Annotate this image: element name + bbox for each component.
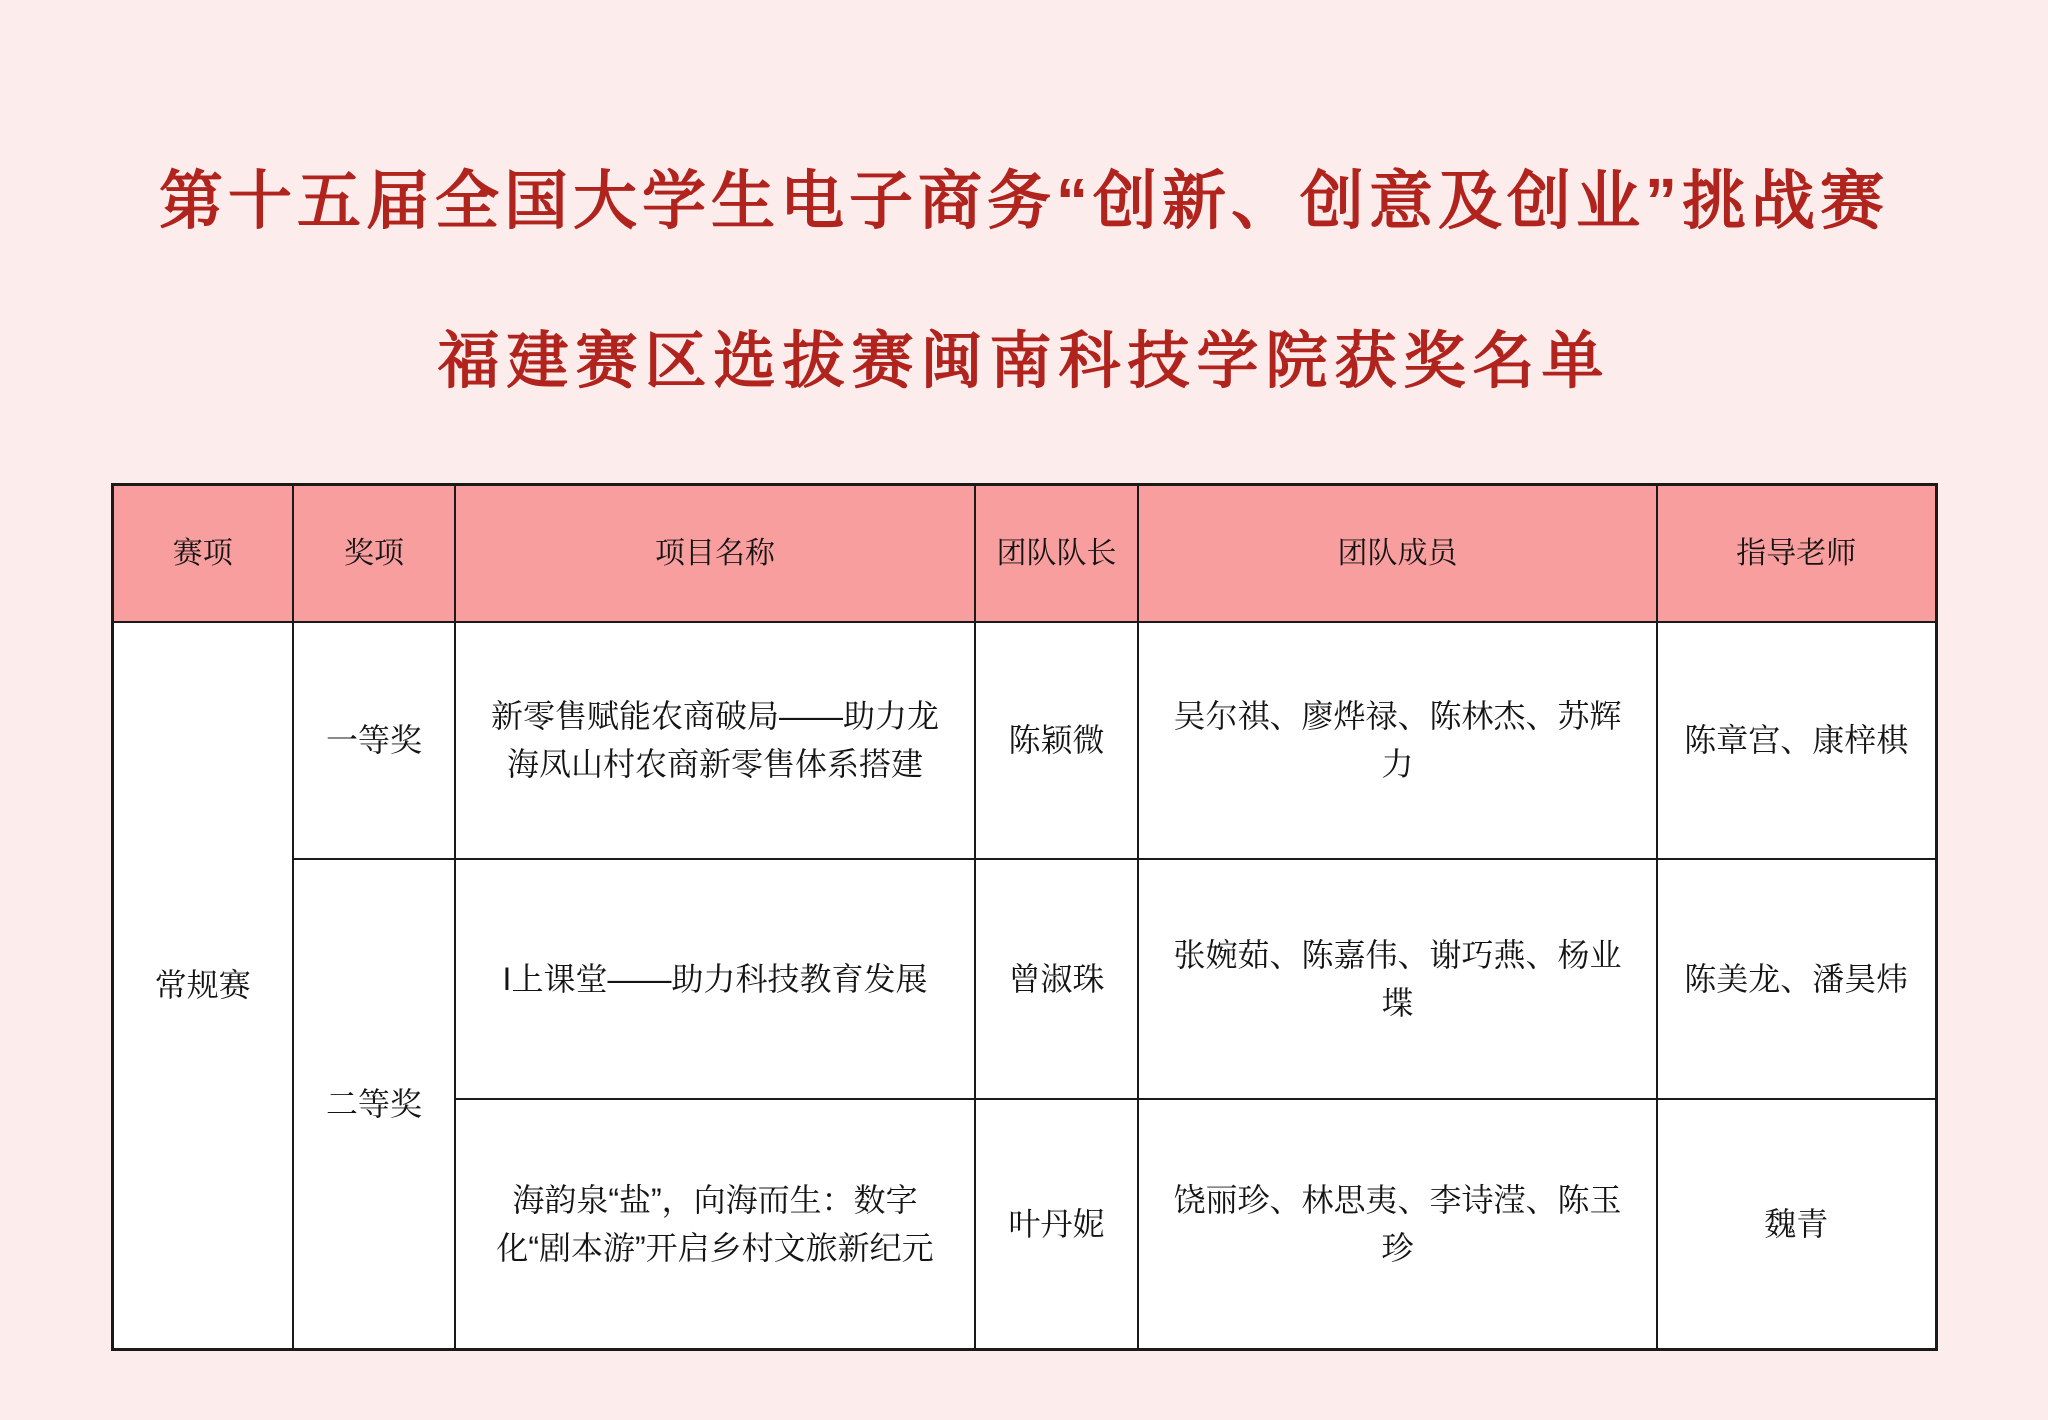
page-title: 第十五届全国大学生电子商务“创新、创意及创业”挑战赛 [0, 0, 2048, 236]
advisors-cell-row2: 陈美龙、潘昊炜 [1657, 859, 1936, 1099]
table-body: 常规赛 一等奖 新零售赋能农商破局——助力龙海凤山村农商新零售体系搭建 陈颖微 … [112, 622, 1936, 1350]
table-row: 常规赛 一等奖 新零售赋能农商破局——助力龙海凤山村农商新零售体系搭建 陈颖微 … [112, 622, 1936, 859]
col-header-project: 项目名称 [455, 484, 975, 622]
table-row: 二等奖 I上课堂——助力科技教育发展 曾淑珠 张婉茹、陈嘉伟、谢巧燕、杨业堞 陈… [112, 859, 1936, 1099]
project-cell-row3: 海韵泉“盐”，向海而生：数字化“剧本游”开启乡村文旅新纪元 [455, 1099, 975, 1350]
advisors-cell-row3: 魏青 [1657, 1099, 1936, 1350]
competition-cell: 常规赛 [112, 622, 293, 1350]
members-cell-row1: 吴尔祺、廖烨禄、陈林杰、苏辉力 [1138, 622, 1657, 859]
advisors-cell-row1: 陈章宫、康梓棋 [1657, 622, 1936, 859]
col-header-advisors: 指导老师 [1657, 484, 1936, 622]
award-cell-first-prize: 一等奖 [293, 622, 455, 859]
project-cell-row1: 新零售赋能农商破局——助力龙海凤山村农商新零售体系搭建 [455, 622, 975, 859]
leader-cell-row2: 曾淑珠 [975, 859, 1138, 1099]
project-cell-row2: I上课堂——助力科技教育发展 [455, 859, 975, 1099]
awards-table: 赛项 奖项 项目名称 团队队长 团队成员 指导老师 常规赛 一等奖 新零售赋能农… [111, 483, 1938, 1352]
page: 第十五届全国大学生电子商务“创新、创意及创业”挑战赛 福建赛区选拔赛闽南科技学院… [0, 0, 2048, 1420]
header-row: 赛项 奖项 项目名称 团队队长 团队成员 指导老师 [112, 484, 1936, 622]
col-header-members: 团队成员 [1138, 484, 1657, 622]
col-header-leader: 团队队长 [975, 484, 1138, 622]
leader-cell-row1: 陈颖微 [975, 622, 1138, 859]
leader-cell-row3: 叶丹妮 [975, 1099, 1138, 1350]
members-cell-row2: 张婉茹、陈嘉伟、谢巧燕、杨业堞 [1138, 859, 1657, 1099]
page-subtitle: 福建赛区选拔赛闽南科技学院获奖名单 [0, 236, 2048, 396]
col-header-award: 奖项 [293, 484, 455, 622]
col-header-competition: 赛项 [112, 484, 293, 622]
table-header: 赛项 奖项 项目名称 团队队长 团队成员 指导老师 [112, 484, 1936, 622]
members-cell-row3: 饶丽珍、林思夷、李诗滢、陈玉珍 [1138, 1099, 1657, 1350]
award-cell-second-prize: 二等奖 [293, 859, 455, 1350]
